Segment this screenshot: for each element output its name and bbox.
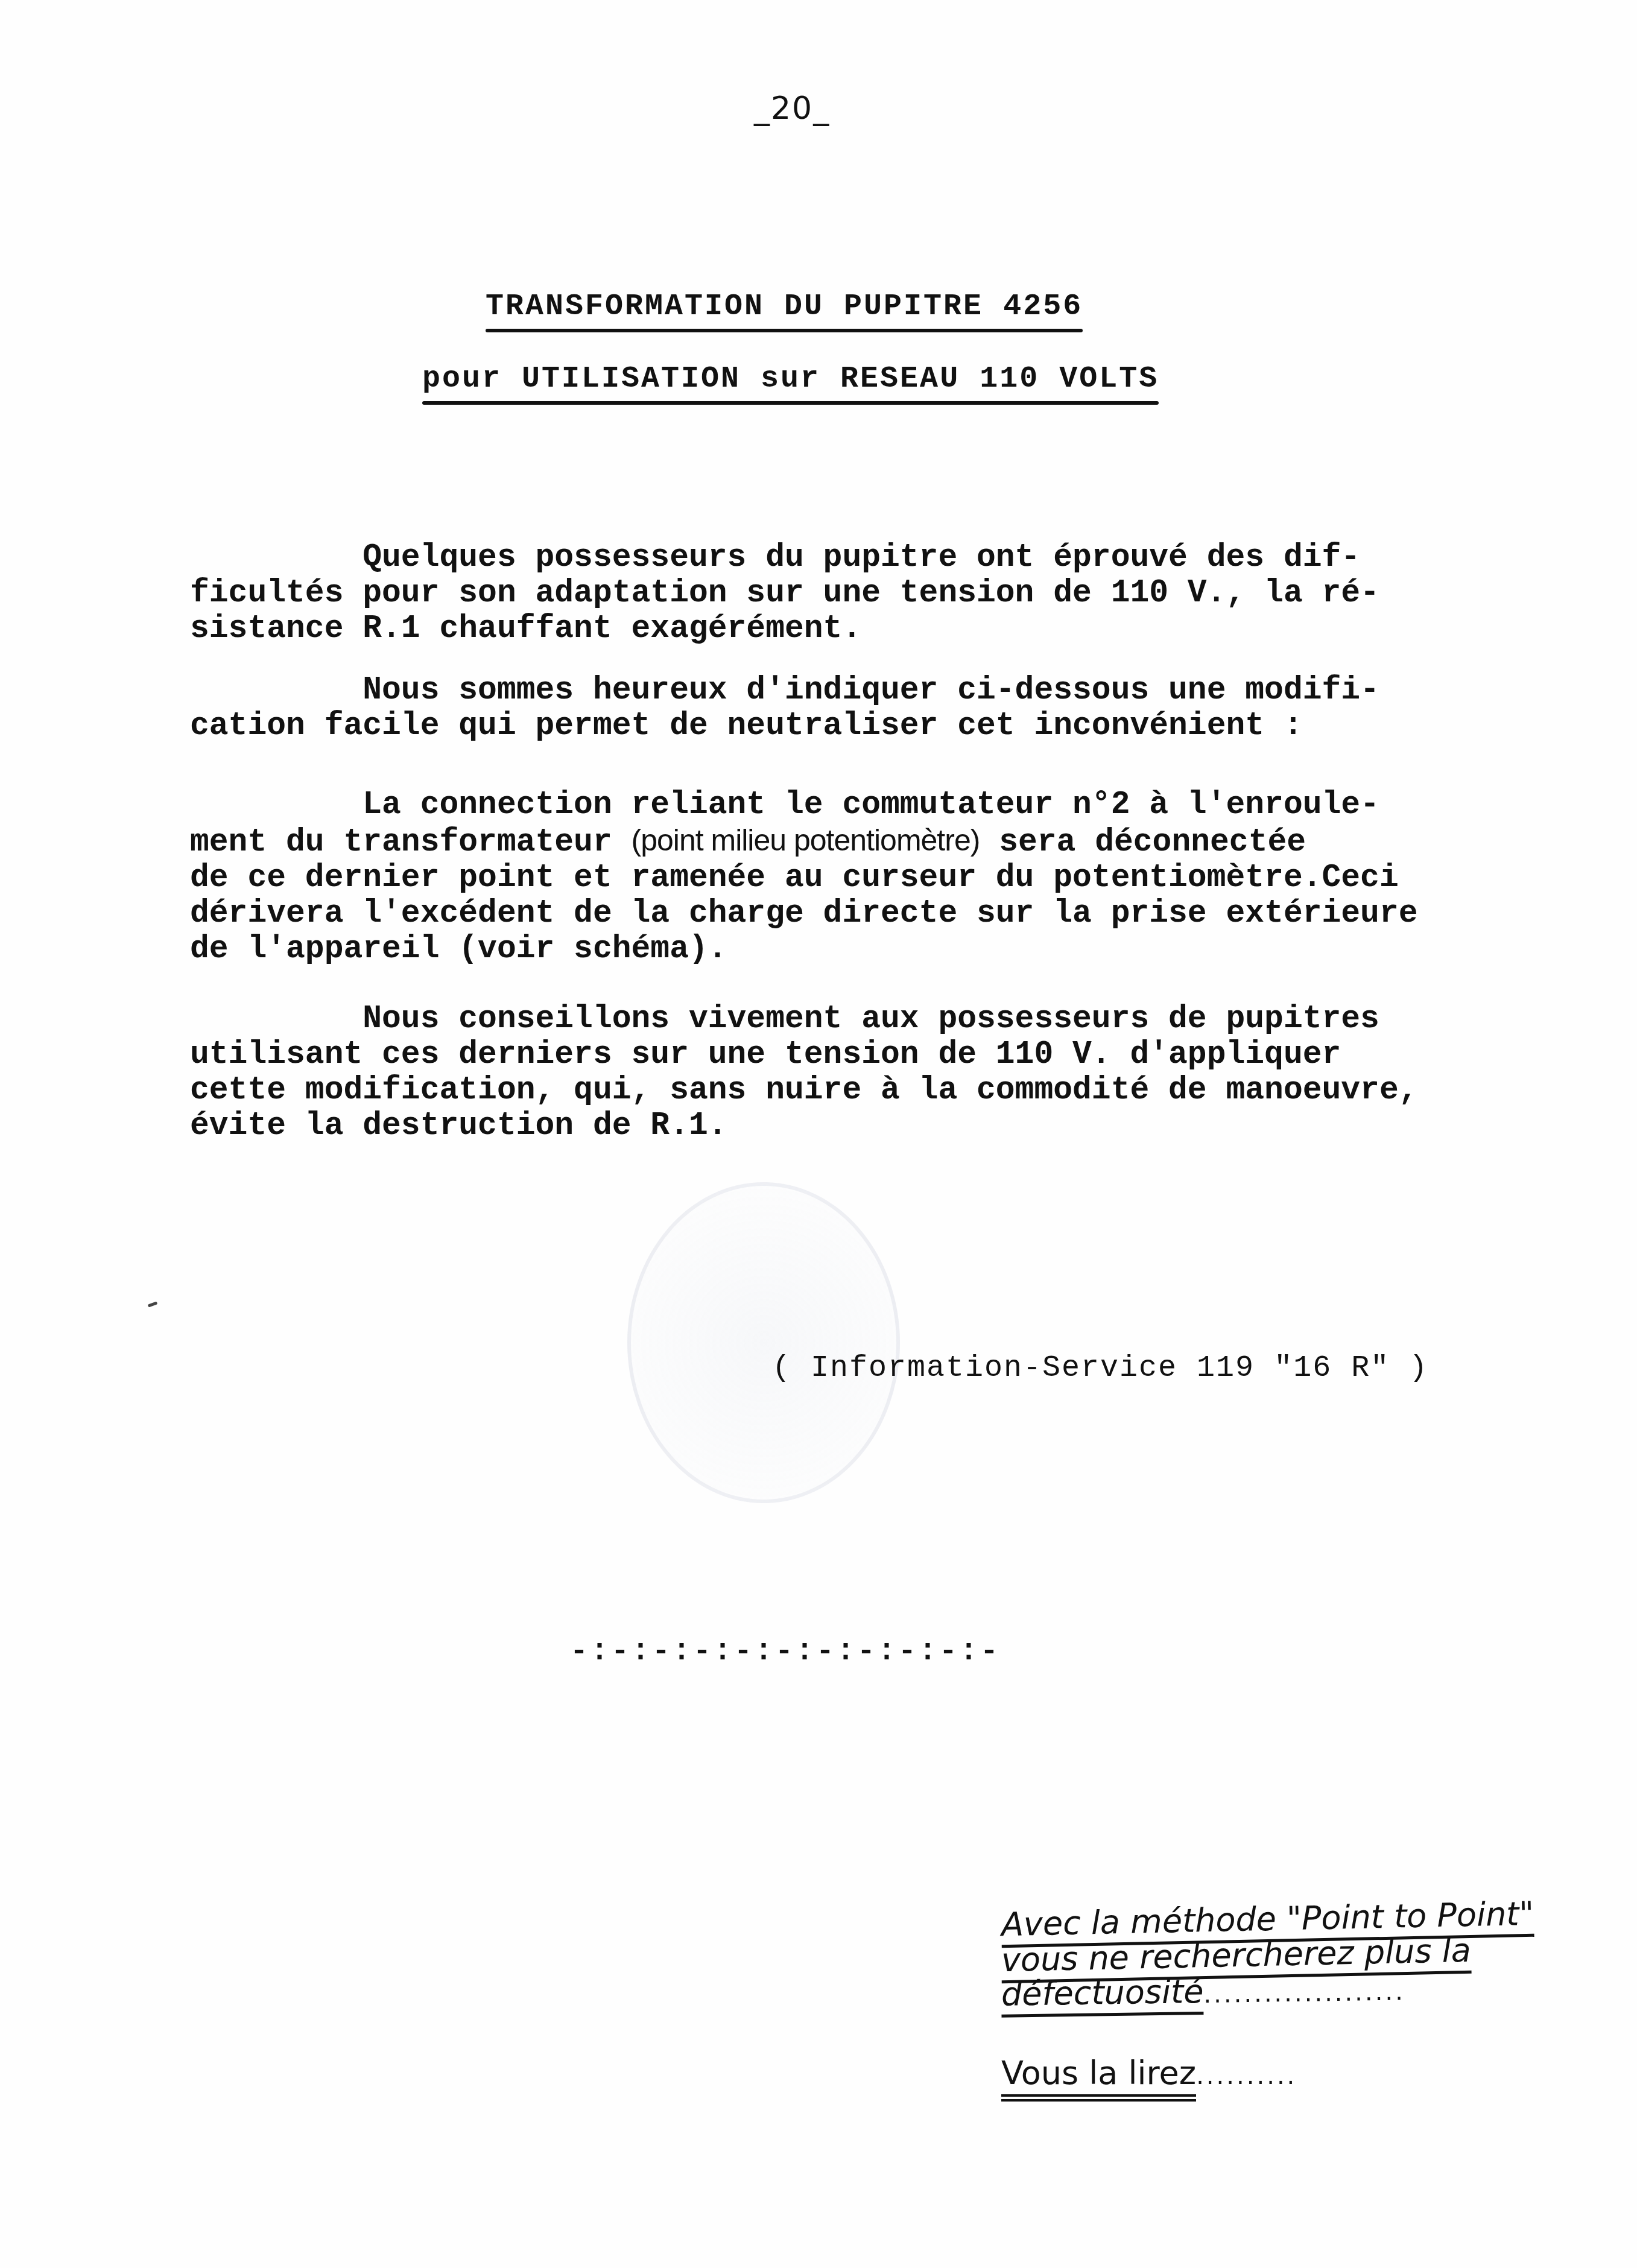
paragraph-line: cation facile qui permet de neutraliser … [190, 708, 1553, 744]
page-number: _20_ [754, 90, 830, 127]
paragraph-line: ficultés pour son adaptation sur une ten… [190, 575, 1553, 611]
line-start: ment du transformateur [190, 824, 632, 860]
paragraph-line: ment du transformateur (point milieu pot… [190, 823, 1553, 860]
paragraph-1: Quelques possesseurs du pupitre ont épro… [190, 540, 1553, 647]
paragraph-line: de l'appareil (voir schéma). [190, 931, 1553, 967]
handwritten-text: Vous la lirez [1001, 2054, 1196, 2102]
paragraph-line: Nous sommes heureux d'indiquer ci-dessou… [190, 673, 1553, 708]
handwritten-insert: (point milieu potentiomètre) [632, 823, 980, 857]
document-page: _20_ TRANSFORMATION DU PUPITRE 4256 pour… [0, 0, 1637, 2268]
handwritten-line-4: Vous la lirez.......... [1001, 2054, 1297, 2102]
paragraph-line: Quelques possesseurs du pupitre ont épro… [190, 540, 1553, 575]
handwritten-text: défectuosité [1001, 1972, 1204, 2018]
paragraph-line: La connection reliant le commutateur n°2… [190, 787, 1553, 823]
paragraph-line: de ce dernier point et ramenée au curseu… [190, 860, 1553, 896]
paragraph-line: utilisant ces derniers sur une tension d… [190, 1037, 1553, 1072]
title-underline-2 [422, 401, 1159, 405]
title-line-2: pour UTILISATION sur RESEAU 110 VOLTS [422, 362, 1159, 396]
title-line-1: TRANSFORMATION DU PUPITRE 4256 [486, 290, 1083, 324]
title-text-2: pour UTILISATION sur RESEAU 110 VOLTS [422, 362, 1159, 396]
paragraph-line: sistance R.1 chauffant exagérément. [190, 611, 1553, 647]
dotted-leader: .......... [1196, 2062, 1297, 2090]
paragraph-4: Nous conseillons vivement aux possesseur… [190, 1001, 1553, 1144]
paragraph-line: évite la destruction de R.1. [190, 1108, 1553, 1144]
handwritten-line-3: défectuosité.................... [1001, 1969, 1406, 2017]
paragraph-line: dérivera l'excédent de la charge directe… [190, 896, 1553, 931]
title-underline-1 [486, 329, 1083, 332]
paragraph-3: La connection reliant le commutateur n°2… [190, 787, 1553, 967]
dotted-leader: .................... [1203, 1978, 1405, 2009]
title-text-1: TRANSFORMATION DU PUPITRE 4256 [486, 290, 1083, 324]
faded-stamp [627, 1182, 900, 1503]
ink-speck [148, 1301, 158, 1307]
separator: -:-:-:-:-:-:-:-:-:-:- [570, 1635, 1001, 1669]
line-tail: sera déconnectée [980, 824, 1306, 860]
paragraph-2: Nous sommes heureux d'indiquer ci-dessou… [190, 673, 1553, 744]
paragraph-line: Nous conseillons vivement aux possesseur… [190, 1001, 1553, 1037]
paragraph-line: cette modification, qui, sans nuire à la… [190, 1072, 1553, 1108]
citation: ( Information-Service 119 "16 R" ) [772, 1351, 1428, 1386]
